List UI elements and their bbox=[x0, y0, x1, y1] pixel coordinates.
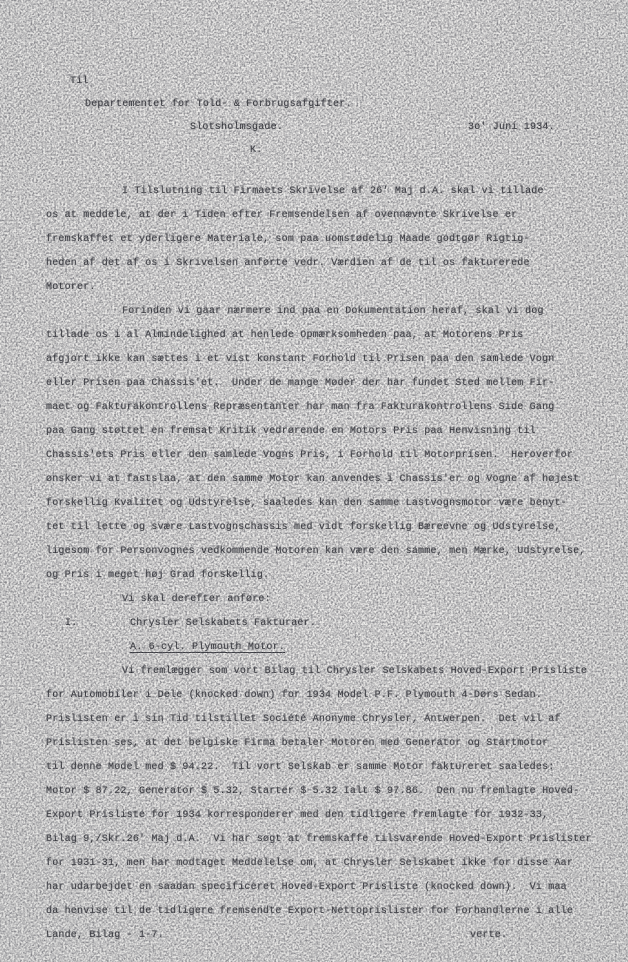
list-item: I.Chrysler Selskabets Fakturaer. bbox=[0, 612, 628, 636]
letter-header: Til Departementet for Told- & Forbrugsaf… bbox=[0, 70, 628, 162]
footer-verte-text: verte. bbox=[470, 924, 507, 948]
line-text: ligesom for Personvognes vedkommende Mot… bbox=[46, 546, 586, 557]
line-text: tillade os i al Almindelighed at henlede… bbox=[46, 330, 523, 341]
body-line: Vi skal derefter anføre: bbox=[0, 588, 628, 612]
line-text: paa Gang støttet en fremsat Kritik vedrø… bbox=[46, 426, 536, 437]
scanned-letter-page: Til Departementet for Told- & Forbrugsaf… bbox=[0, 0, 628, 962]
line-text: og Pris i meget høj Grad forskellig. bbox=[46, 570, 269, 581]
line-text: for 1931-31, men har modtaget Meddelelse… bbox=[46, 858, 573, 869]
body-line: Export Prisliste for 1934 korresponderer… bbox=[0, 804, 628, 828]
line-text: Prislisten er i sin Tid tilstillet Socié… bbox=[46, 714, 561, 725]
line-text: afgjort ikke kan sættes i et vist konsta… bbox=[46, 354, 554, 365]
body-line: Forinden vi gaar nærmere ind paa en Doku… bbox=[0, 300, 628, 324]
line-text: Bilag 9,/Skr.26' Maj d.A. Vi har søgt at… bbox=[46, 834, 592, 845]
body-line: Motor $ 87.22, Generator $ 5.32, Starter… bbox=[0, 780, 628, 804]
line-text: heden af det af os i Skrivelsen anførte … bbox=[46, 258, 530, 269]
line-text: for Automobiler i Dele (knocked down) fo… bbox=[46, 690, 542, 701]
body-line: for Automobiler i Dele (knocked down) fo… bbox=[0, 684, 628, 708]
line-text: forskellig Kvalitet og Udstyrelse, saale… bbox=[46, 498, 567, 509]
line-text: til denne Model med $ 94.22. Til vort Se… bbox=[46, 762, 554, 773]
line-text: har udarbejdet en saadan specificeret Ho… bbox=[46, 882, 567, 893]
body-line: Chassis'ets Pris eller den samlede Vogns… bbox=[0, 444, 628, 468]
line-text: Vi fremlægger som vort Bilag til Chrysle… bbox=[122, 666, 587, 677]
line-text: tet til lette og svære Lastvognschassis … bbox=[46, 522, 561, 533]
body-line: tet til lette og svære Lastvognschassis … bbox=[0, 516, 628, 540]
body-line: Prislisten er i sin Tid tilstillet Socié… bbox=[0, 708, 628, 732]
body-line: Motorer. bbox=[0, 276, 628, 300]
body-line: fremskaffet et yderligere Materiale, som… bbox=[0, 228, 628, 252]
body-line: og Pris i meget høj Grad forskellig. bbox=[0, 564, 628, 588]
line-text: Chrysler Selskabets Fakturaer. bbox=[130, 618, 316, 629]
body-line: I Tilslutning til Firmaets Skrivelse af … bbox=[0, 180, 628, 204]
letter-body: I Tilslutning til Firmaets Skrivelse af … bbox=[0, 180, 628, 924]
body-line: afgjort ikke kan sættes i et vist konsta… bbox=[0, 348, 628, 372]
body-line: har udarbejdet en saadan specificeret Ho… bbox=[0, 876, 628, 900]
line-text: ønsker vi at fastslaa, at den samme Moto… bbox=[46, 474, 579, 485]
recipient-line: Departementet for Told- & Forbrugsafgift… bbox=[0, 93, 628, 116]
line-text: Motorer. bbox=[46, 282, 96, 293]
line-text: Motor $ 87.22, Generator $ 5.32, Starter… bbox=[46, 786, 579, 797]
line-text: os at meddele, at der i Tiden efter Frem… bbox=[46, 210, 517, 221]
body-line: Prislisten ses, at det belgiske Firma be… bbox=[0, 732, 628, 756]
line-text: Forinden vi gaar nærmere ind paa en Doku… bbox=[122, 306, 544, 317]
line-text: Export Prisliste for 1934 korresponderer… bbox=[46, 810, 548, 821]
body-line: tillade os i al Almindelighed at henlede… bbox=[0, 324, 628, 348]
body-line: for 1931-31, men har modtaget Meddelelse… bbox=[0, 852, 628, 876]
line-text: Chassis'ets Pris eller den samlede Vogns… bbox=[46, 450, 573, 461]
line-text: A. 6-cyl. Plymouth Motor. bbox=[130, 642, 285, 653]
body-line: forskellig Kvalitet og Udstyrelse, saale… bbox=[0, 492, 628, 516]
line-text: I Tilslutning til Firmaets Skrivelse af … bbox=[122, 186, 544, 197]
body-line: os at meddele, at der i Tiden efter Frem… bbox=[0, 204, 628, 228]
body-line: eller Prisen paa Chassis'et. Under de ma… bbox=[0, 372, 628, 396]
district-line: K. bbox=[0, 139, 628, 162]
letter-content: Til Departementet for Told- & Forbrugsaf… bbox=[0, 0, 628, 948]
body-line: paa Gang støttet en fremsat Kritik vedrø… bbox=[0, 420, 628, 444]
date-line: 3o' Juni 1934. bbox=[468, 116, 555, 139]
body-line: ønsker vi at fastslaa, at den samme Moto… bbox=[0, 468, 628, 492]
footer-left-text: Lande, Bilag - 1-7. bbox=[46, 930, 164, 941]
line-text: da henvise til de tidligere fremsendte E… bbox=[46, 906, 573, 917]
section-subheading: A. 6-cyl. Plymouth Motor. bbox=[0, 636, 628, 660]
body-line: da henvise til de tidligere fremsendte E… bbox=[0, 900, 628, 924]
line-text: eller Prisen paa Chassis'et. Under de ma… bbox=[46, 378, 554, 389]
body-line: ligesom for Personvognes vedkommende Mot… bbox=[0, 540, 628, 564]
footer-line: Lande, Bilag - 1-7.verte. bbox=[0, 924, 628, 948]
body-line: Vi fremlægger som vort Bilag til Chrysle… bbox=[0, 660, 628, 684]
line-text: maet og Fakturakontrollens Repræsentante… bbox=[46, 402, 554, 413]
list-marker: I. bbox=[46, 612, 130, 636]
address-date-row: Slotsholmsgade.3o' Juni 1934. bbox=[0, 116, 628, 139]
line-text: fremskaffet et yderligere Materiale, som… bbox=[46, 234, 530, 245]
line-text: Prislisten ses, at det belgiske Firma be… bbox=[46, 738, 548, 749]
street-line: Slotsholmsgade. bbox=[190, 122, 283, 133]
line-text: Vi skal derefter anføre: bbox=[122, 594, 271, 605]
salutation: Til bbox=[0, 70, 628, 93]
body-line: maet og Fakturakontrollens Repræsentante… bbox=[0, 396, 628, 420]
body-line: Bilag 9,/Skr.26' Maj d.A. Vi har søgt at… bbox=[0, 828, 628, 852]
body-line: heden af det af os i Skrivelsen anførte … bbox=[0, 252, 628, 276]
body-line: til denne Model med $ 94.22. Til vort Se… bbox=[0, 756, 628, 780]
